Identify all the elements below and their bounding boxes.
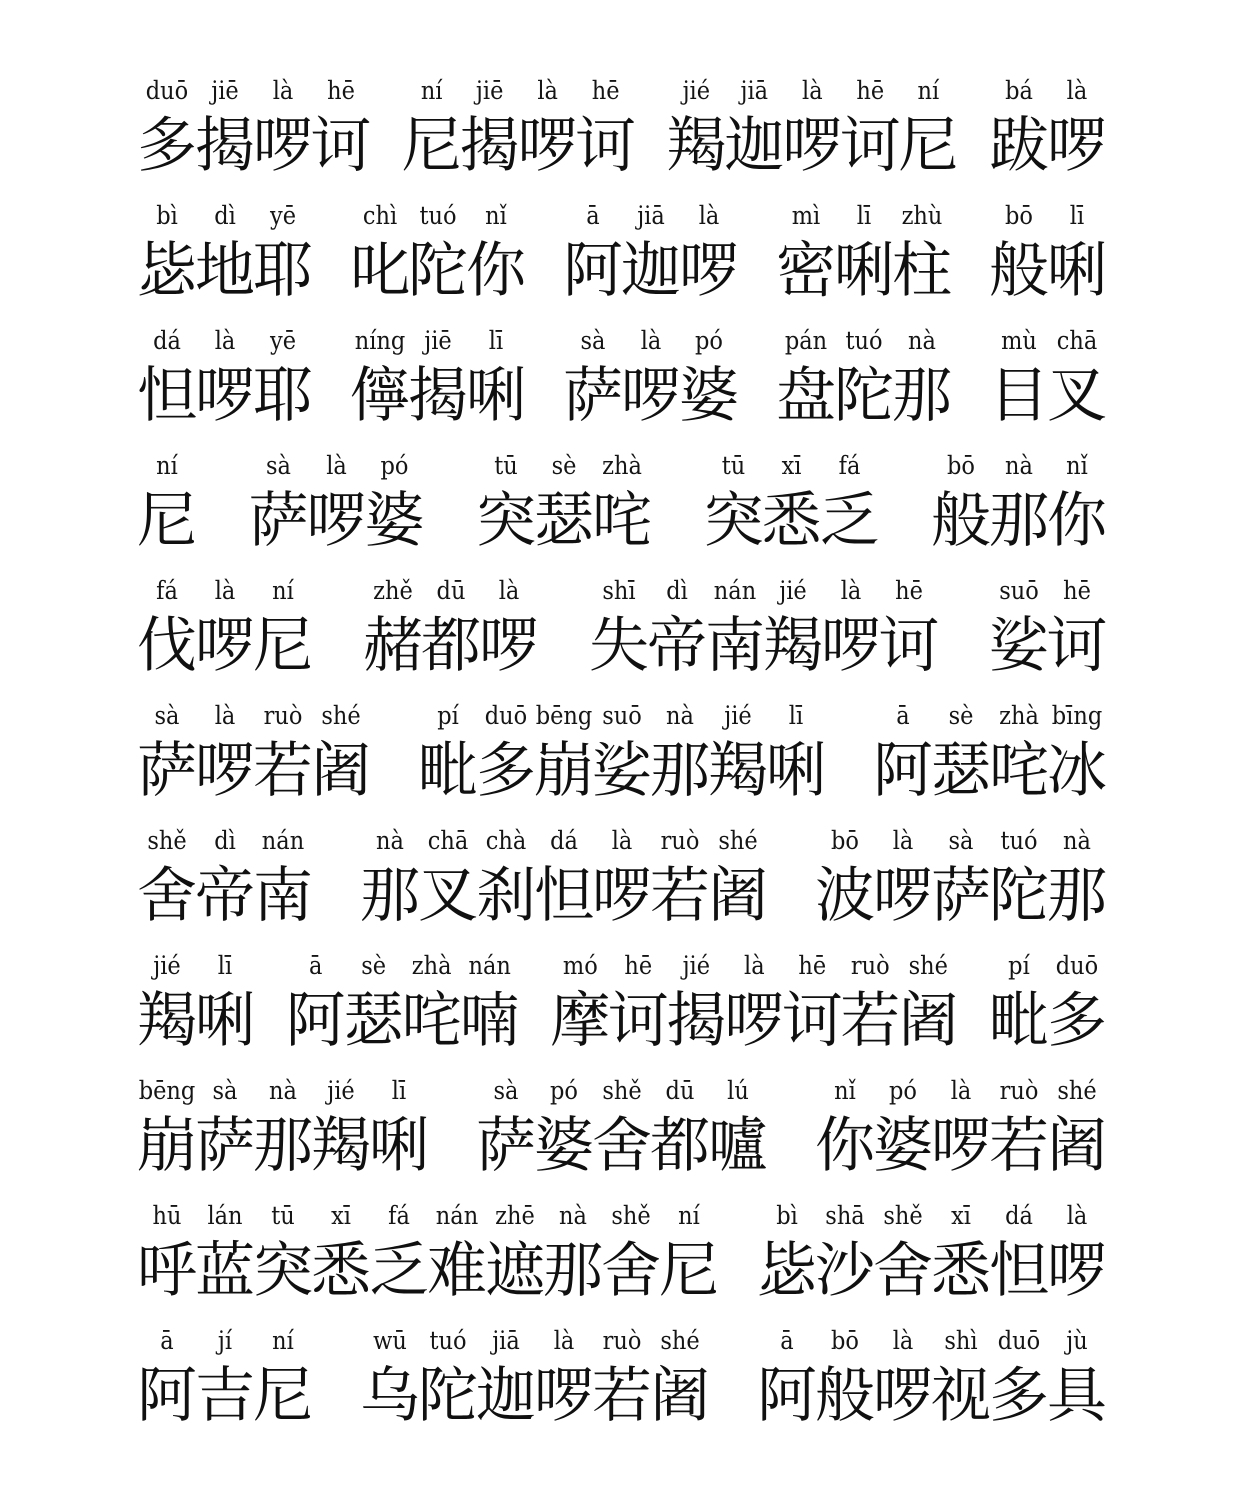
pinyin-annotation: hē bbox=[895, 566, 923, 604]
hanzi-char: 你 bbox=[815, 1104, 875, 1188]
mantra-syllable: nán南 bbox=[254, 816, 312, 938]
mantra-syllable: ní尼 bbox=[254, 566, 312, 688]
hanzi-char: 萨 bbox=[195, 1104, 255, 1188]
hanzi-char: 乏 bbox=[820, 479, 880, 563]
hanzi-char: 啰 bbox=[195, 354, 255, 438]
pinyin-annotation: shī bbox=[602, 566, 635, 604]
mantra-syllable: pó婆 bbox=[874, 1066, 932, 1188]
mantra-syllable: bō波 bbox=[816, 816, 874, 938]
hanzi-char: 若 bbox=[592, 1354, 652, 1438]
mantra-syllable: chā叉 bbox=[1048, 316, 1106, 438]
mantra-word-group: nǐ你pó婆là啰ruò若shé阇 bbox=[816, 1066, 1106, 1188]
mantra-syllable: là啰 bbox=[196, 691, 254, 813]
mantra-word-group: wū乌tuó陀jiā迦là啰ruò若shé阇 bbox=[361, 1316, 709, 1438]
mantra-syllable: nà那 bbox=[254, 1066, 312, 1188]
pinyin-annotation: chā bbox=[1057, 316, 1098, 354]
pinyin-annotation: pí bbox=[437, 691, 459, 729]
pinyin-annotation: ā bbox=[309, 941, 322, 979]
hanzi-char: 羯 bbox=[763, 604, 823, 688]
pinyin-annotation: lī bbox=[789, 691, 803, 729]
hanzi-char: 叉 bbox=[418, 854, 478, 938]
hanzi-char: 悉 bbox=[931, 1229, 991, 1313]
mantra-syllable: jù具 bbox=[1048, 1316, 1106, 1438]
pinyin-annotation: suō bbox=[999, 566, 1039, 604]
mantra-syllable: ruò若 bbox=[593, 1316, 651, 1438]
mantra-word-group: pán盘tuó陀nà那 bbox=[777, 316, 951, 438]
mantra-syllable: nán南 bbox=[706, 566, 764, 688]
hanzi-char: 阿 bbox=[563, 229, 623, 313]
hanzi-char: 唎 bbox=[195, 979, 255, 1063]
hanzi-char: 唎 bbox=[369, 1104, 429, 1188]
hanzi-char: 啰 bbox=[724, 979, 784, 1063]
mantra-syllable: tuó陀 bbox=[835, 316, 893, 438]
pinyin-annotation: hē bbox=[624, 941, 652, 979]
pinyin-annotation: bēng bbox=[139, 1066, 196, 1104]
hanzi-char: 诃 bbox=[840, 104, 900, 188]
pinyin-annotation: là bbox=[951, 1066, 972, 1104]
hanzi-char: 羯 bbox=[137, 979, 197, 1063]
mantra-syllable: yē耶 bbox=[254, 191, 312, 313]
mantra-syllable: hē诃 bbox=[609, 941, 667, 1063]
pinyin-annotation: bì bbox=[156, 191, 178, 229]
pinyin-annotation: duō bbox=[146, 66, 188, 104]
mantra-syllable: chā叉 bbox=[419, 816, 477, 938]
mantra-word-group: suō娑hē诃 bbox=[990, 566, 1106, 688]
pinyin-annotation: fá bbox=[388, 1191, 410, 1229]
hanzi-char: 啰 bbox=[253, 104, 313, 188]
mantra-line: dá怛là啰yē耶níng儜jiē揭lī唎sà萨là啰pó婆pán盘tuó陀nà… bbox=[138, 316, 1106, 441]
pinyin-annotation: jiā bbox=[637, 191, 665, 229]
hanzi-char: 陀 bbox=[834, 354, 894, 438]
pinyin-annotation: suō bbox=[602, 691, 642, 729]
hanzi-char: 啰 bbox=[873, 1354, 933, 1438]
pinyin-annotation: pó bbox=[889, 1066, 917, 1104]
pinyin-annotation: tuó bbox=[845, 316, 882, 354]
hanzi-char: 密 bbox=[776, 229, 836, 313]
hanzi-char: 冰 bbox=[1047, 729, 1107, 813]
hanzi-char: 目 bbox=[989, 354, 1049, 438]
mantra-syllable: duō多 bbox=[1048, 941, 1106, 1063]
pinyin-annotation: là bbox=[641, 316, 662, 354]
hanzi-char: 揭 bbox=[460, 104, 520, 188]
hanzi-char: 蓝 bbox=[195, 1229, 255, 1313]
pinyin-annotation: shì bbox=[944, 1316, 977, 1354]
mantra-syllable: bì毖 bbox=[758, 1191, 816, 1313]
pinyin-annotation: ā bbox=[586, 191, 599, 229]
hanzi-char: 啰 bbox=[679, 229, 739, 313]
mantra-syllable: jiā迦 bbox=[622, 191, 680, 313]
hanzi-char: 毖 bbox=[137, 229, 197, 313]
mantra-syllable: là啰 bbox=[535, 1316, 593, 1438]
pinyin-annotation: wū bbox=[373, 1316, 407, 1354]
mantra-syllable: shī失 bbox=[590, 566, 648, 688]
pinyin-annotation: là bbox=[537, 66, 558, 104]
pinyin-annotation: bì bbox=[776, 1191, 798, 1229]
pinyin-annotation: dì bbox=[214, 816, 236, 854]
mantra-syllable: lī唎 bbox=[370, 1066, 428, 1188]
pinyin-annotation: chì bbox=[363, 191, 397, 229]
hanzi-char: 迦 bbox=[724, 104, 784, 188]
mantra-syllable: sà萨 bbox=[932, 816, 990, 938]
mantra-syllable: là啰 bbox=[622, 316, 680, 438]
mantra-line: sà萨là啰ruò若shé阇pí毗duō多bēng崩suō娑nà那jié羯lī唎… bbox=[138, 691, 1106, 816]
hanzi-char: 你 bbox=[466, 229, 526, 313]
hanzi-char: 诃 bbox=[1047, 604, 1107, 688]
mantra-syllable: chì叱 bbox=[351, 191, 409, 313]
mantra-syllable: sè瑟 bbox=[932, 691, 990, 813]
pinyin-annotation: nà bbox=[269, 1066, 297, 1104]
pinyin-annotation: là bbox=[1067, 66, 1088, 104]
pinyin-annotation: xī bbox=[782, 441, 802, 479]
hanzi-char: 毖 bbox=[757, 1229, 817, 1313]
mantra-syllable: jié羯 bbox=[764, 566, 822, 688]
mantra-word-group: mì密lī唎zhù柱 bbox=[777, 191, 951, 313]
mantra-syllable: lī唎 bbox=[196, 941, 254, 1063]
hanzi-char: 阿 bbox=[873, 729, 933, 813]
hanzi-char: 那 bbox=[360, 854, 420, 938]
pinyin-annotation: bēng bbox=[536, 691, 593, 729]
mantra-syllable: pó婆 bbox=[366, 441, 424, 563]
mantra-word-group: tū突sè瑟zhà咤 bbox=[477, 441, 651, 563]
pinyin-annotation: shě bbox=[611, 1191, 650, 1229]
mantra-word-group: níng儜jiē揭lī唎 bbox=[351, 316, 525, 438]
pinyin-annotation: jiē bbox=[476, 66, 503, 104]
mantra-syllable: zhù柱 bbox=[893, 191, 951, 313]
mantra-word-group: pí毗duō多bēng崩suō娑nà那jié羯lī唎 bbox=[419, 691, 825, 813]
hanzi-char: 诃 bbox=[608, 979, 668, 1063]
mantra-syllable: là啰 bbox=[932, 1066, 990, 1188]
mantra-line: jié羯lī唎ā阿sè瑟zhà咤nán喃mó摩hē诃jié揭là啰hē诃ruò若… bbox=[138, 941, 1106, 1066]
pinyin-annotation: sè bbox=[361, 941, 386, 979]
mantra-syllable: dá怛 bbox=[535, 816, 593, 938]
mantra-syllable: ní尼 bbox=[138, 441, 196, 563]
pinyin-annotation: ní bbox=[678, 1191, 700, 1229]
pinyin-annotation: nà bbox=[1063, 816, 1091, 854]
mantra-line: bēng崩sà萨nà那jié羯lī唎sà萨pó婆shě舍dū都lú嚧nǐ你pó婆… bbox=[138, 1066, 1106, 1191]
mantra-syllable: mù目 bbox=[990, 316, 1048, 438]
pinyin-annotation: zhě bbox=[373, 566, 413, 604]
pinyin-annotation: pán bbox=[785, 316, 827, 354]
mantra-syllable: pí毗 bbox=[419, 691, 477, 813]
mantra-syllable: duō多 bbox=[138, 66, 196, 188]
pinyin-annotation: jié bbox=[779, 566, 806, 604]
mantra-syllable: sà萨 bbox=[138, 691, 196, 813]
hanzi-char: 具 bbox=[1047, 1354, 1107, 1438]
pinyin-annotation: ruò bbox=[851, 941, 890, 979]
mantra-word-group: bō般nà那nǐ你 bbox=[932, 441, 1106, 563]
mantra-word-group: ā阿bō般là啰shì视duō多jù具 bbox=[758, 1316, 1106, 1438]
hanzi-char: 多 bbox=[1047, 979, 1107, 1063]
pinyin-annotation: jiā bbox=[492, 1316, 520, 1354]
pinyin-annotation: ní bbox=[272, 566, 294, 604]
pinyin-annotation: shé bbox=[718, 816, 757, 854]
hanzi-char: 吉 bbox=[195, 1354, 255, 1438]
mantra-syllable: nà那 bbox=[361, 816, 419, 938]
hanzi-char: 阇 bbox=[311, 729, 371, 813]
mantra-word-group: shī失dì帝nán南jié羯là啰hē诃 bbox=[590, 566, 938, 688]
mantra-syllable: duō多 bbox=[990, 1316, 1048, 1438]
mantra-syllable: níng儜 bbox=[351, 316, 409, 438]
mantra-syllable: jí吉 bbox=[196, 1316, 254, 1438]
hanzi-char: 萨 bbox=[249, 479, 309, 563]
mantra-syllable: hē诃 bbox=[783, 941, 841, 1063]
mantra-syllable: là啰 bbox=[480, 566, 538, 688]
hanzi-char: 多 bbox=[989, 1354, 1049, 1438]
hanzi-char: 尼 bbox=[253, 1354, 313, 1438]
mantra-page: duō多jiē揭là啰hē诃ní尼jiē揭là啰hē诃jié羯jiā迦là啰hē… bbox=[0, 0, 1240, 1500]
hanzi-char: 萨 bbox=[563, 354, 623, 438]
pinyin-annotation: shé bbox=[909, 941, 948, 979]
pinyin-annotation: shé bbox=[660, 1316, 699, 1354]
pinyin-annotation: ā bbox=[160, 1316, 173, 1354]
hanzi-char: 悉 bbox=[762, 479, 822, 563]
pinyin-annotation: dū bbox=[437, 566, 466, 604]
pinyin-annotation: shě bbox=[147, 816, 186, 854]
pinyin-annotation: hē bbox=[1063, 566, 1091, 604]
pinyin-annotation: bō bbox=[1005, 191, 1033, 229]
mantra-syllable: ní尼 bbox=[254, 1316, 312, 1438]
mantra-syllable: ā阿 bbox=[287, 941, 345, 1063]
mantra-syllable: suō娑 bbox=[593, 691, 651, 813]
hanzi-char: 多 bbox=[137, 104, 197, 188]
hanzi-char: 般 bbox=[815, 1354, 875, 1438]
hanzi-char: 南 bbox=[253, 854, 313, 938]
hanzi-char: 悉 bbox=[311, 1229, 371, 1313]
hanzi-char: 诃 bbox=[879, 604, 939, 688]
hanzi-char: 波 bbox=[815, 854, 875, 938]
hanzi-char: 崩 bbox=[137, 1104, 197, 1188]
hanzi-char: 摩 bbox=[550, 979, 610, 1063]
mantra-syllable: dū都 bbox=[422, 566, 480, 688]
mantra-word-group: mù目chā叉 bbox=[990, 316, 1106, 438]
pinyin-annotation: ní bbox=[917, 66, 939, 104]
mantra-syllable: hē诃 bbox=[577, 66, 635, 188]
mantra-syllable: ruò若 bbox=[841, 941, 899, 1063]
mantra-word-group: jié羯jiā迦là啰hē诃ní尼 bbox=[667, 66, 957, 188]
mantra-line: fá伐là啰ní尼zhě赭dū都là啰shī失dì帝nán南jié羯là啰hē诃… bbox=[138, 566, 1106, 691]
mantra-syllable: là啰 bbox=[196, 566, 254, 688]
hanzi-char: 啰 bbox=[479, 604, 539, 688]
pinyin-annotation: lī bbox=[489, 316, 503, 354]
pinyin-annotation: là bbox=[215, 316, 236, 354]
pinyin-annotation: ruò bbox=[1000, 1066, 1039, 1104]
hanzi-char: 揭 bbox=[195, 104, 255, 188]
pinyin-annotation: nán bbox=[468, 941, 510, 979]
pinyin-annotation: jié bbox=[327, 1066, 354, 1104]
mantra-syllable: là啰 bbox=[874, 816, 932, 938]
hanzi-char: 羯 bbox=[708, 729, 768, 813]
mantra-syllable: nán喃 bbox=[461, 941, 519, 1063]
pinyin-annotation: sà bbox=[494, 1066, 519, 1104]
mantra-syllable: mì密 bbox=[777, 191, 835, 313]
hanzi-char: 婆 bbox=[873, 1104, 933, 1188]
mantra-syllable: dū都 bbox=[651, 1066, 709, 1188]
hanzi-char: 啰 bbox=[821, 604, 881, 688]
pinyin-annotation: zhà bbox=[602, 441, 642, 479]
pinyin-annotation: hē bbox=[592, 66, 620, 104]
mantra-syllable: lī唎 bbox=[467, 316, 525, 438]
pinyin-annotation: bīng bbox=[1052, 691, 1102, 729]
hanzi-char: 诃 bbox=[311, 104, 371, 188]
pinyin-annotation: chà bbox=[486, 816, 527, 854]
mantra-word-group: chì叱tuó陀nǐ你 bbox=[351, 191, 525, 313]
pinyin-annotation: jié bbox=[724, 691, 751, 729]
pinyin-annotation: hū bbox=[153, 1191, 182, 1229]
pinyin-annotation: là bbox=[554, 1316, 575, 1354]
mantra-syllable: zhà咤 bbox=[593, 441, 651, 563]
hanzi-char: 尼 bbox=[253, 604, 313, 688]
mantra-syllable: nǐ你 bbox=[1048, 441, 1106, 563]
mantra-syllable: nà那 bbox=[1048, 816, 1106, 938]
pinyin-annotation: bō bbox=[831, 1316, 859, 1354]
mantra-syllable: ní尼 bbox=[660, 1191, 718, 1313]
hanzi-char: 陀 bbox=[989, 854, 1049, 938]
hanzi-char: 娑 bbox=[989, 604, 1049, 688]
hanzi-char: 赭 bbox=[363, 604, 423, 688]
mantra-line: bì毖dì地yē耶chì叱tuó陀nǐ你ā阿jiā迦là啰mì密lī唎zhù柱b… bbox=[138, 191, 1106, 316]
pinyin-annotation: pí bbox=[1008, 941, 1030, 979]
mantra-syllable: là啰 bbox=[196, 316, 254, 438]
hanzi-char: 阇 bbox=[898, 979, 958, 1063]
mantra-word-group: tū突xī悉fá乏 bbox=[705, 441, 879, 563]
mantra-syllable: bō般 bbox=[816, 1316, 874, 1438]
mantra-word-group: ā阿jiā迦là啰 bbox=[564, 191, 738, 313]
mantra-syllable: là啰 bbox=[725, 941, 783, 1063]
pinyin-annotation: bō bbox=[947, 441, 975, 479]
hanzi-char: 突 bbox=[476, 479, 536, 563]
mantra-syllable: jié羯 bbox=[709, 691, 767, 813]
pinyin-annotation: ruò bbox=[264, 691, 303, 729]
hanzi-char: 乌 bbox=[360, 1354, 420, 1438]
mantra-syllable: shé阇 bbox=[899, 941, 957, 1063]
mantra-word-group: bá跋là啰 bbox=[990, 66, 1106, 188]
pinyin-annotation: níng bbox=[355, 316, 406, 354]
hanzi-char: 陀 bbox=[408, 229, 468, 313]
pinyin-annotation: hē bbox=[798, 941, 826, 979]
mantra-syllable: là啰 bbox=[519, 66, 577, 188]
hanzi-char: 唎 bbox=[834, 229, 894, 313]
hanzi-char: 阿 bbox=[286, 979, 346, 1063]
pinyin-annotation: nà bbox=[376, 816, 404, 854]
pinyin-annotation: sà bbox=[266, 441, 291, 479]
pinyin-annotation: là bbox=[1067, 1191, 1088, 1229]
hanzi-char: 毗 bbox=[989, 979, 1049, 1063]
pinyin-annotation: mù bbox=[1001, 316, 1037, 354]
pinyin-annotation: jié bbox=[153, 941, 180, 979]
mantra-syllable: bīng冰 bbox=[1048, 691, 1106, 813]
hanzi-char: 沙 bbox=[815, 1229, 875, 1313]
hanzi-char: 那 bbox=[1047, 854, 1107, 938]
hanzi-char: 舍 bbox=[137, 854, 197, 938]
mantra-syllable: hē诃 bbox=[841, 66, 899, 188]
hanzi-char: 舍 bbox=[601, 1229, 661, 1313]
hanzi-char: 难 bbox=[427, 1229, 487, 1313]
pinyin-annotation: lī bbox=[218, 941, 232, 979]
mantra-syllable: lī唎 bbox=[767, 691, 825, 813]
mantra-syllable: nà那 bbox=[651, 691, 709, 813]
mantra-syllable: là啰 bbox=[254, 66, 312, 188]
mantra-syllable: nà那 bbox=[893, 316, 951, 438]
pinyin-annotation: lī bbox=[392, 1066, 406, 1104]
hanzi-char: 啰 bbox=[518, 104, 578, 188]
hanzi-char: 婆 bbox=[679, 354, 739, 438]
mantra-syllable: dá怛 bbox=[990, 1191, 1048, 1313]
mantra-word-group: ā阿sè瑟zhà咤nán喃 bbox=[287, 941, 519, 1063]
pinyin-annotation: ruò bbox=[603, 1316, 642, 1354]
mantra-syllable: là啰 bbox=[680, 191, 738, 313]
pinyin-annotation: xī bbox=[951, 1191, 971, 1229]
pinyin-annotation: tuó bbox=[1000, 816, 1037, 854]
hanzi-char: 失 bbox=[589, 604, 649, 688]
mantra-syllable: zhē遮 bbox=[486, 1191, 544, 1313]
mantra-syllable: là啰 bbox=[1048, 66, 1106, 188]
pinyin-annotation: tuó bbox=[419, 191, 456, 229]
mantra-syllable: tū突 bbox=[254, 1191, 312, 1313]
mantra-line: ā阿jí吉ní尼wū乌tuó陀jiā迦là啰ruò若shé阇ā阿bō般là啰sh… bbox=[138, 1316, 1106, 1441]
hanzi-char: 喃 bbox=[460, 979, 520, 1063]
mantra-word-group: sà萨là啰pó婆 bbox=[564, 316, 738, 438]
hanzi-char: 阿 bbox=[137, 1354, 197, 1438]
mantra-syllable: jiē揭 bbox=[409, 316, 467, 438]
pinyin-annotation: nà bbox=[666, 691, 694, 729]
pinyin-annotation: nán bbox=[714, 566, 756, 604]
mantra-line: hū呼lán蓝tū突xī悉fá乏nán难zhē遮nà那shě舍ní尼bì毖shā… bbox=[138, 1191, 1106, 1316]
mantra-syllable: sà萨 bbox=[196, 1066, 254, 1188]
mantra-syllable: tū突 bbox=[477, 441, 535, 563]
hanzi-char: 突 bbox=[704, 479, 764, 563]
mantra-syllable: shé阇 bbox=[709, 816, 767, 938]
pinyin-annotation: yē bbox=[270, 316, 296, 354]
mantra-syllable: nà那 bbox=[990, 441, 1048, 563]
mantra-syllable: ní尼 bbox=[403, 66, 461, 188]
hanzi-char: 阿 bbox=[757, 1354, 817, 1438]
mantra-syllable: hū呼 bbox=[138, 1191, 196, 1313]
hanzi-char: 那 bbox=[543, 1229, 603, 1313]
mantra-syllable: là啰 bbox=[874, 1316, 932, 1438]
hanzi-char: 乏 bbox=[369, 1229, 429, 1313]
mantra-syllable: shì视 bbox=[932, 1316, 990, 1438]
hanzi-char: 柱 bbox=[892, 229, 952, 313]
pinyin-annotation: sè bbox=[949, 691, 974, 729]
pinyin-annotation: jiē bbox=[211, 66, 238, 104]
mantra-syllable: là啰 bbox=[822, 566, 880, 688]
pinyin-annotation: jiā bbox=[741, 66, 769, 104]
pinyin-annotation: fá bbox=[156, 566, 178, 604]
pinyin-annotation: tū bbox=[271, 1191, 295, 1229]
hanzi-char: 刹 bbox=[476, 854, 536, 938]
mantra-word-group: jié羯lī唎 bbox=[138, 941, 254, 1063]
pinyin-annotation: lán bbox=[207, 1191, 242, 1229]
mantra-syllable: pó婆 bbox=[535, 1066, 593, 1188]
mantra-syllable: ruò若 bbox=[990, 1066, 1048, 1188]
hanzi-char: 唎 bbox=[1047, 229, 1107, 313]
pinyin-annotation: mó bbox=[563, 941, 598, 979]
mantra-word-group: mó摩hē诃jié揭là啰hē诃ruò若shé阇 bbox=[551, 941, 957, 1063]
pinyin-annotation: nà bbox=[908, 316, 936, 354]
mantra-word-group: sà萨là啰ruò若shé阇 bbox=[138, 691, 370, 813]
pinyin-annotation: xī bbox=[331, 1191, 351, 1229]
mantra-syllable: dì帝 bbox=[196, 816, 254, 938]
mantra-syllable: hē诃 bbox=[880, 566, 938, 688]
hanzi-char: 尼 bbox=[402, 104, 462, 188]
hanzi-char: 你 bbox=[1047, 479, 1107, 563]
mantra-syllable: bì毖 bbox=[138, 191, 196, 313]
hanzi-char: 般 bbox=[989, 229, 1049, 313]
hanzi-char: 娑 bbox=[592, 729, 652, 813]
mantra-syllable: bō般 bbox=[932, 441, 990, 563]
mantra-syllable: fá乏 bbox=[370, 1191, 428, 1313]
mantra-word-group: bō波là啰sà萨tuó陀nà那 bbox=[816, 816, 1106, 938]
